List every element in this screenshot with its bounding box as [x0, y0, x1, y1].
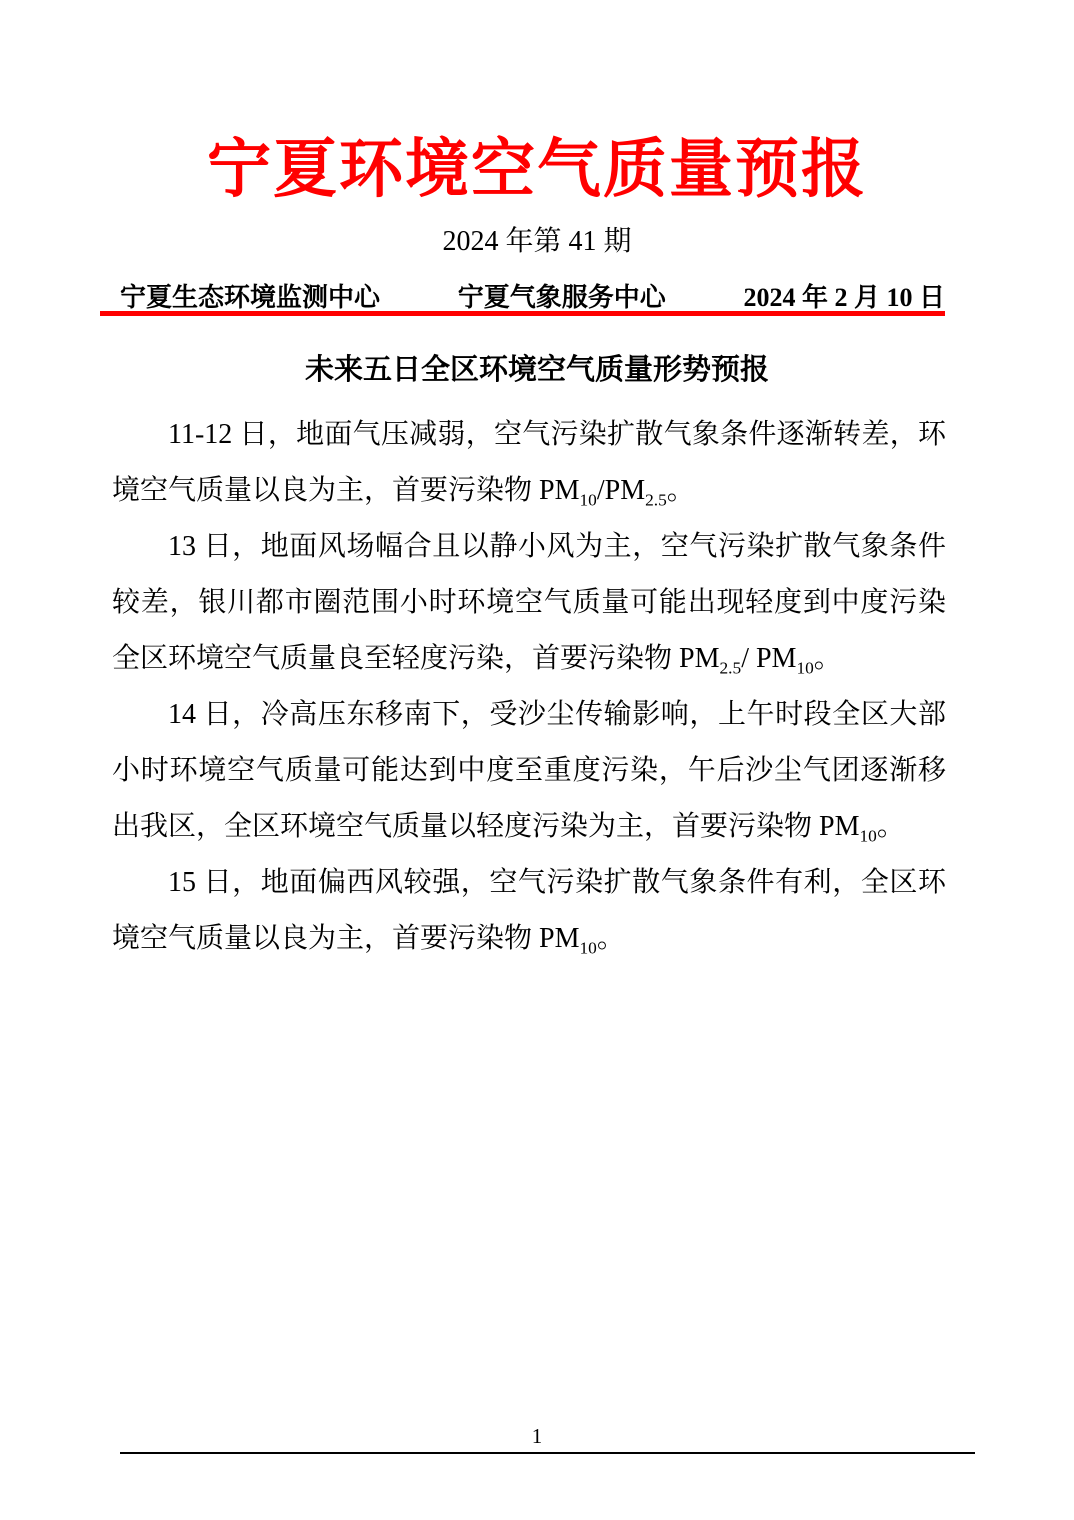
paragraph: 14 日，冷高压东移南下，受沙尘传输影响，上午时段全区大部小时环境空气质量可能达… — [112, 687, 946, 855]
paragraph: 11-12 日，地面气压减弱，空气污染扩散气象条件逐渐转差，环境空气质量以良为主… — [112, 407, 946, 519]
publish-date: 2024 年 2 月 10 日 — [743, 277, 945, 314]
paragraph-text: 。 — [597, 923, 625, 954]
paragraph-text: 14 日，冷高压东移南下，受沙尘传输影响，上午时段全区大部小时环境空气质量可能达… — [112, 699, 946, 842]
paragraph-text: 。 — [814, 643, 842, 674]
paragraph-text: 15 日，地面偏西风较强，空气污染扩散气象条件有利，全区环境空气质量以良为主，首… — [112, 867, 946, 954]
paragraph: 13 日，地面风场幅合且以静小风为主，空气污染扩散气象条件较差，银川都市圈范围小… — [112, 519, 946, 687]
footer-rule — [120, 1452, 975, 1454]
paragraph-text: 11-12 日，地面气压减弱，空气污染扩散气象条件逐渐转差，环境空气质量以良为主… — [112, 419, 946, 506]
pollutant-subscript: 10 — [859, 827, 876, 846]
pollutant-subscript: 10 — [579, 939, 596, 958]
publisher-row: 宁夏生态环境监测中心 宁夏气象服务中心 2024 年 2 月 10 日 — [100, 277, 945, 314]
pollutant-subscript: 2.5 — [645, 491, 667, 510]
issue-number: 2024 年第 41 期 — [0, 219, 1074, 259]
paragraph: 15 日，地面偏西风较强，空气污染扩散气象条件有利，全区环境空气质量以良为主，首… — [112, 855, 946, 967]
forecast-paragraphs: 11-12 日，地面气压减弱，空气污染扩散气象条件逐渐转差，环境空气质量以良为主… — [112, 407, 946, 967]
pollutant-subscript: 10 — [579, 491, 596, 510]
document-page: 宁夏环境空气质量预报 2024 年第 41 期 宁夏生态环境监测中心 宁夏气象服… — [0, 0, 1074, 1520]
pollutant-subscript: 10 — [796, 659, 813, 678]
header-rule — [100, 311, 945, 316]
paragraph-text: 。 — [667, 475, 695, 506]
pollutant-subscript: 2.5 — [719, 659, 741, 678]
publisher-weather-service-center: 宁夏气象服务中心 — [458, 277, 666, 314]
paragraph-text: /PM — [597, 475, 645, 506]
section-title: 未来五日全区环境空气质量形势预报 — [0, 347, 1074, 388]
paragraph-text: 。 — [877, 811, 905, 842]
document-title: 宁夏环境空气质量预报 — [0, 118, 1074, 210]
page-number: 1 — [0, 1424, 1074, 1449]
publisher-monitoring-center: 宁夏生态环境监测中心 — [120, 277, 380, 314]
paragraph-text: / PM — [741, 643, 796, 674]
